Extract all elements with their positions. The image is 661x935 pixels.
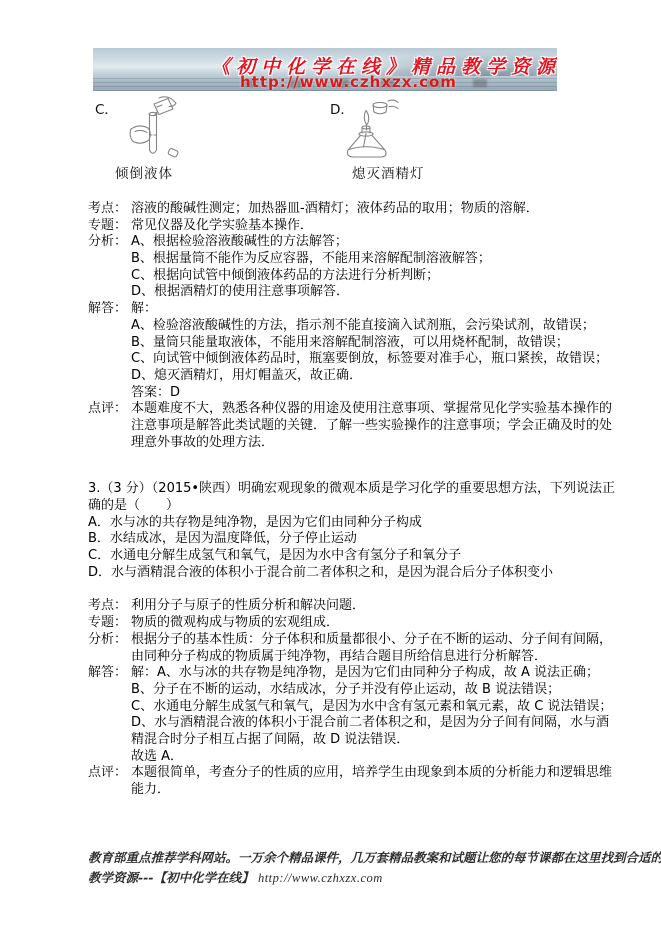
text-line: 本题很简单，考查分子的性质的应用，培养学生由现象到本质的分析能力和逻辑思维 (131, 765, 588, 782)
text-line: 理意外事故的处理方法． (131, 435, 588, 452)
pouring-liquid-icon (123, 95, 189, 163)
section-label: 解答： (88, 665, 131, 682)
section-label: 考点： (88, 598, 131, 615)
footer: 教育部重点推荐学科网站。一万余个精品课件，几万套精品教案和试题让您的每节课都在这… (88, 848, 588, 888)
q3-fenxi-row: 分析： 根据分子的基本性质：分子体积和质量都很小、分子在不断的运动、分子间有间隔… (88, 632, 588, 665)
text-line: B、根据量筒不能作为反应容器，不能用来溶解配制溶液解答； (131, 251, 588, 268)
figure-d-caption: 熄灭酒精灯 (352, 162, 425, 182)
footer-line: 教学资源---【初中化学在线】 http://www.czhxzx.com (88, 868, 588, 889)
q3-zhuanti-row: 专题： 物质的微观构成与物质的宏观组成． (88, 615, 588, 632)
extinguish-lamp-icon (338, 97, 400, 163)
option-c-marker: C． (95, 98, 118, 118)
text-line: 注意事项是解答此类试题的关键．了解一些实验操作的注意事项；学会正确及时的处 (131, 418, 588, 435)
text-line: 溶液的酸碱性测定；加热器皿-酒精灯；液体药品的取用；物质的溶解． (131, 201, 588, 218)
q2-dianping-row: 点评： 本题难度不大，熟悉各种仪器的用途及使用注意事项、掌握常见化学实验基本操作… (88, 401, 588, 451)
option-d: D．水与酒精混合液的体积小于混合前二者体积之和，是因为混合后分子体积变小 (88, 565, 588, 582)
text-line: D、水与酒精混合液的体积小于混合前二者体积之和，是因为分子间有间隔，水与酒 (131, 715, 588, 732)
text-line: B、量筒只能量取液体，不能用来溶解配制溶液，可以用烧杯配制，故错误； (131, 335, 588, 352)
text-line: 根据分子的基本性质：分子体积和质量都很小、分子在不断的运动、分子间有间隔， (131, 632, 588, 649)
q2-jieda-row: 解答： 解： A、检验溶液酸碱性的方法，指示剂不能直接滴入试剂瓶，会污染试剂，故… (88, 301, 588, 401)
text-line: C、水通电分解生成氢气和氧气，是因为水中含有氢元素和氧元素，故 C 说法错误； (131, 699, 588, 716)
q3-kaodian-row: 考点： 利用分子与原子的性质分析和解决问题． (88, 598, 588, 615)
banner-url-link[interactable]: http://www.czhxzx.com (240, 73, 457, 91)
text-line: 由同种分子构成的物质属于纯净物，再结合题目所给信息进行分析解答． (131, 649, 588, 666)
question-3-analysis: 考点： 利用分子与原子的性质分析和解决问题． 专题： 物质的微观构成与物质的宏观… (88, 598, 588, 798)
text-line: D、根据酒精灯的使用注意事项解答． (131, 284, 588, 301)
text-line: A、根据检验溶液酸碱性的方法解答； (131, 234, 588, 251)
text-line: 精混合时分子相互占据了间隔，故 D 说法错误． (131, 732, 588, 749)
text-line: C、根据向试管中倾倒液体药品的方法进行分析判断； (131, 268, 588, 285)
answer-line: 答案：D (131, 385, 588, 402)
document-page: 《初中化学在线》精品教学资源库 http://www.czhxzx.com C．… (0, 0, 661, 935)
option-c: C．水通电分解生成氢气和氧气，是因为水中含有氢分子和氧分子 (88, 548, 588, 565)
text-line: D、熄灭酒精灯，用灯帽盖灭，故正确． (131, 368, 588, 385)
section-label: 解答： (88, 301, 131, 318)
q2-kaodian-row: 考点： 溶液的酸碱性测定；加热器皿-酒精灯；液体药品的取用；物质的溶解． (88, 201, 588, 218)
figure-c-caption: 倾倒液体 (115, 162, 173, 182)
section-label: 分析： (88, 632, 131, 649)
answer-line: 故选 A． (131, 749, 588, 766)
section-label: 点评： (88, 765, 131, 782)
question-stem-line: 3.（3 分）（2015•陕西）明确宏观现象的微观本质是学习化学的重要思想方法，… (88, 481, 588, 498)
option-a: A．水与冰的共存物是纯净物，是因为它们由同种分子构成 (88, 515, 588, 532)
text-line: 解： (131, 301, 588, 318)
question-3-block: 3.（3 分）（2015•陕西）明确宏观现象的微观本质是学习化学的重要思想方法，… (88, 481, 588, 581)
text-line: 物质的微观构成与物质的宏观组成． (131, 615, 588, 632)
q2-zhuanti-row: 专题： 常见仪器及化学实验基本操作． (88, 218, 588, 235)
text-line: C、向试管中倾倒液体药品时，瓶塞要倒放，标签要对准手心，瓶口紧挨，故错误； (131, 351, 588, 368)
text-line: 解：A、水与冰的共存物是纯净物，是因为它们由同种分子构成，故 A 说法正确； (131, 665, 588, 682)
text-line: 常见仪器及化学实验基本操作． (131, 218, 588, 235)
text-line: B、分子在不断的运动，水结成冰，分子并没有停止运动，故 B 说法错误； (131, 682, 588, 699)
text-line: 利用分子与原子的性质分析和解决问题． (131, 598, 588, 615)
footer-site-name: 教学资源---【初中化学在线】 (88, 870, 254, 885)
q2-fenxi-row: 分析： A、根据检验溶液酸碱性的方法解答； B、根据量筒不能作为反应容器，不能用… (88, 234, 588, 301)
question-stem-line: 确的是（ ） (88, 498, 588, 515)
text-line: 能力． (131, 782, 588, 799)
section-label: 专题： (88, 218, 131, 235)
footer-url-link[interactable]: http://www.czhxzx.com (258, 871, 383, 885)
site-banner: 《初中化学在线》精品教学资源库 http://www.czhxzx.com (93, 48, 557, 91)
text-line: A、检验溶液酸碱性的方法，指示剂不能直接滴入试剂瓶，会污染试剂，故错误； (131, 318, 588, 335)
section-label: 分析： (88, 234, 131, 251)
text-line: 本题难度不大，熟悉各种仪器的用途及使用注意事项、掌握常见化学实验基本操作的 (131, 401, 588, 418)
section-label: 专题： (88, 615, 131, 632)
option-b: B．水结成冰，是因为温度降低，分子停止运动 (88, 531, 588, 548)
pouring-liquid-figure (123, 95, 189, 167)
section-label: 点评： (88, 401, 131, 418)
q3-jieda-row: 解答： 解：A、水与冰的共存物是纯净物，是因为它们由同种分子构成，故 A 说法正… (88, 665, 588, 765)
footer-line: 教育部重点推荐学科网站。一万余个精品课件，几万套精品教案和试题让您的每节课都在这… (88, 848, 588, 868)
extinguish-lamp-figure (338, 97, 400, 167)
q3-dianping-row: 点评： 本题很简单，考查分子的性质的应用，培养学生由现象到本质的分析能力和逻辑思… (88, 765, 588, 798)
qa-content: 考点： 溶液的酸碱性测定；加热器皿-酒精灯；液体药品的取用；物质的溶解． 专题：… (88, 201, 588, 799)
section-label: 考点： (88, 201, 131, 218)
